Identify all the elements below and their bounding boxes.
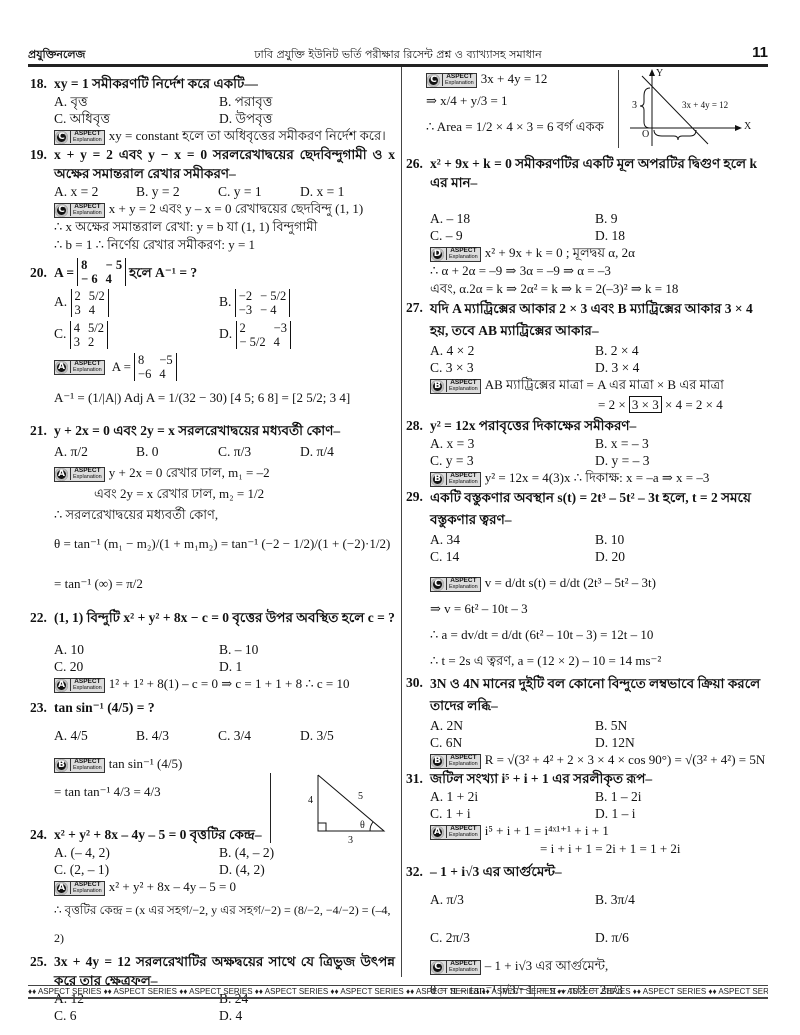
question-20: 20. A = 8− 5− 64 হলে A⁻¹ = ? A. 25/234 B… [30, 258, 395, 407]
option-b: B. (4, – 2) [219, 844, 384, 861]
option-c: C. 6 [54, 1007, 219, 1024]
option-c: C. 20 [54, 658, 219, 675]
right-triangle-icon [270, 773, 400, 843]
answer-badge: CASPECTExplanation [54, 203, 105, 218]
question-23: 23.tan sin⁻¹ (4/5) = ? A. 4/5 B. 4/3 C. … [30, 695, 395, 821]
option-d: D. π/6 [595, 919, 760, 957]
question-number: 18. [30, 74, 54, 93]
question-text: – 1 + i√3 এর আর্গুমেন্ট– [430, 862, 768, 881]
answer-badge: AASPECTExplanation [54, 881, 105, 896]
option-a: A. 1 + 2i [430, 788, 595, 805]
answer-badge: AASPECTExplanation [54, 360, 105, 375]
option-d: D. 4 [219, 1007, 384, 1024]
option-d: D. (4, 2) [219, 861, 384, 878]
option-c: C. 2π/3 [430, 919, 595, 957]
option-d: D. উপবৃত্ত [219, 110, 384, 127]
footer-series-banner: ♦♦ ASPECT SERIES ♦♦ ASPECT SERIES ♦♦ ASP… [28, 985, 768, 999]
answer-badge: CASPECTExplanation [430, 577, 481, 592]
option-a: A. বৃত্ত [54, 93, 219, 110]
question-text: y + 2x = 0 এবং 2y = x সরলরেখাদ্বয়ের মধ্… [54, 421, 395, 440]
question-24: 24.x² + y² + 8x – 4y – 5 = 0 বৃত্তটির কে… [30, 825, 395, 952]
explanation: BASPECTExplanationy² = 12x = 4(3)x ∴ দিক… [430, 469, 768, 487]
page-header: প্রযুক্তিনলেজ ঢাবি প্রযুক্তি ইউনিট ভর্তি… [28, 46, 768, 66]
question-26: 26.x² + 9x + k = 0 সমীকরণটির একটি মূল অপ… [406, 154, 768, 298]
option-b: B. 0 [136, 440, 218, 464]
question-text: x² + 9x + k = 0 সমীকরণটির একটি মূল অপরটি… [430, 154, 768, 192]
option-a: A. 4 × 2 [430, 342, 595, 359]
option-c: C. – 9 [430, 227, 595, 244]
option-c: C. 6N [430, 734, 595, 751]
explanation: AASPECTExplanationA =8−5−64 A⁻¹ = (1/|A|… [54, 353, 395, 407]
explanation: AASPECTExplanationx² + y² + 8x – 4y – 5 … [54, 878, 395, 952]
option-b: B. পরাবৃত্ত [219, 93, 384, 110]
explanation: AASPECTExplanation1² + 1² + 8(1) – c = 0… [54, 675, 395, 693]
page-title: ঢাবি প্রযুক্তি ইউনিট ভর্তি পরীক্ষার রিসে… [28, 46, 768, 65]
option-c: C. 45/232 [54, 321, 219, 349]
option-d: D. 3/5 [300, 721, 382, 751]
option-a: A. 2N [430, 717, 595, 734]
matrix-a: 8− 5− 64 [77, 258, 126, 286]
option-c: C. 14 [430, 548, 595, 565]
option-a: A. 34 [430, 531, 595, 548]
answer-badge: BASPECTExplanation [430, 754, 481, 769]
boxed-term: 3 × 3 [629, 396, 662, 413]
option-b: B. x = – 3 [595, 435, 760, 452]
option-d: D. 2−3− 5/24 [219, 321, 384, 349]
option-a: A. x = 2 [54, 183, 136, 200]
question-25-explanation: CASPECTExplanation3x + 4y = 12 ⇒ x/4 + y… [406, 70, 768, 152]
option-a: A. 10 [54, 641, 219, 658]
option-d: D. y = – 3 [595, 452, 760, 469]
question-22: 22.(1, 1) বিন্দুটি x² + y² + 8x − c = 0 … [30, 608, 395, 693]
question-text: y² = 12x পরাবৃত্তের দিকাক্ষের সমীকরণ– [430, 416, 768, 435]
explanation: BASPECTExplanationR = √(3² + 4² + 2 × 3 … [430, 751, 768, 769]
option-c: C. 3 × 3 [430, 359, 595, 376]
option-b: B. 4/3 [136, 721, 218, 751]
answer-badge: AASPECTExplanation [54, 678, 105, 693]
explanation: CASPECTExplanationx + y = 2 এবং y – x = … [54, 200, 395, 254]
triangle-figure: 4 3 5 θ [270, 773, 400, 843]
explanation: CASPECTExplanationv = d/dt s(t) = d/dt (… [430, 569, 768, 673]
question-32: 32.– 1 + i√3 এর আর্গুমেন্ট– A. π/3 B. 3π… [406, 862, 768, 1005]
option-c: C. y = 3 [430, 452, 595, 469]
option-b: B. 1 – 2i [595, 788, 760, 805]
question-text: tan sin⁻¹ (4/5) = ? [54, 695, 395, 721]
option-a: A. 25/234 [54, 289, 219, 317]
question-text: একটি বস্তুকণার অবস্থান s(t) = 2t³ – 5t² … [430, 487, 768, 531]
option-a: A. – 18 [430, 210, 595, 227]
option-a: A. x = 3 [430, 435, 595, 452]
option-d: D. 1 – i [595, 805, 760, 822]
explanation: AASPECTExplanationi⁵ + i + 1 = i⁴ˣ¹⁺¹ + … [430, 822, 768, 858]
option-d: D. 1 [219, 658, 384, 675]
explanation: CASPECTExplanationxy = constant হলে তা অ… [54, 127, 395, 145]
answer-badge: CASPECTExplanation [430, 960, 481, 975]
option-b: B. y = 2 [136, 183, 218, 200]
question-text: x + y = 2 এবং y − x = 0 সরলরেখাদ্বয়ের ছ… [54, 145, 395, 183]
option-b: B. 5N [595, 717, 760, 734]
question-18: 18.xy = 1 সমীকরণটি নির্দেশ করে একটি— A. … [30, 74, 395, 145]
question-30: 30.3N ও 4N মানের দুইটি বল কোনো বিন্দুতে … [406, 673, 768, 769]
option-a: A. π/3 [430, 881, 595, 919]
answer-badge: BASPECTExplanation [430, 379, 481, 394]
option-a: A. π/2 [54, 440, 136, 464]
answer-badge: BASPECTExplanation [54, 758, 105, 773]
answer-badge: AASPECTExplanation [54, 467, 105, 482]
option-d: D. 3 × 4 [595, 359, 760, 376]
answer-letter: C [55, 131, 68, 144]
option-b: B. – 10 [219, 641, 384, 658]
left-column: 18.xy = 1 সমীকরণটি নির্দেশ করে একটি— A. … [30, 70, 395, 1024]
question-28: 28.y² = 12x পরাবৃত্তের দিকাক্ষের সমীকরণ–… [406, 416, 768, 487]
question-text: জটিল সংখ্যা i⁵ + i + 1 এর সরলীকৃত রূপ– [430, 769, 768, 788]
answer-badge: BASPECTExplanation [430, 472, 481, 487]
explanation: DASPECTExplanationx² + 9x + k = 0 ; মূলদ… [430, 244, 768, 298]
option-d: D. 20 [595, 548, 760, 565]
line-graph-figure: Y X O 3 3x + 4y = 12 [618, 66, 768, 150]
option-c: C. π/3 [218, 440, 300, 464]
question-text: 3N ও 4N মানের দুইটি বল কোনো বিন্দুতে লম্… [430, 673, 768, 717]
option-c: C. 3/4 [218, 721, 300, 751]
option-d: D. 18 [595, 227, 760, 244]
option-b: B. 9 [595, 210, 760, 227]
question-text: (1, 1) বিন্দুটি x² + y² + 8x − c = 0 বৃত… [54, 608, 395, 627]
option-b: B. 10 [595, 531, 760, 548]
answer-badge: AASPECTExplanation [430, 825, 481, 840]
option-d: D. x = 1 [300, 183, 382, 200]
explanation: AASPECTExplanationy + 2x = 0 রেখার ঢাল, … [54, 464, 395, 604]
option-d: D. 12N [595, 734, 760, 751]
question-27: 27.যদি A ম্যাট্রিক্সের আকার 2 × 3 এবং B … [406, 298, 768, 416]
option-a: A. 4/5 [54, 721, 136, 751]
option-b: B. 2 × 4 [595, 342, 760, 359]
question-31: 31.জটিল সংখ্যা i⁵ + i + 1 এর সরলীকৃত রূপ… [406, 769, 768, 858]
question-text: xy = 1 সমীকরণটি নির্দেশ করে একটি— [54, 74, 395, 93]
option-c: C. 1 + i [430, 805, 595, 822]
option-a: A. (– 4, 2) [54, 844, 219, 861]
explanation: BASPECTExplanationAB ম্যাট্রিক্সের মাত্র… [430, 376, 768, 416]
question-29: 29.একটি বস্তুকণার অবস্থান s(t) = 2t³ – 5… [406, 487, 768, 673]
answer-badge: CASPECTExplanation [426, 73, 477, 88]
column-divider [401, 67, 402, 977]
option-c: C. অধিবৃত্ত [54, 110, 219, 127]
right-column: CASPECTExplanation3x + 4y = 12 ⇒ x/4 + y… [406, 70, 768, 1005]
option-b: B. 3π/4 [595, 881, 760, 919]
option-c: C. (2, – 1) [54, 861, 219, 878]
page-number: 11 [752, 44, 768, 61]
option-d: D. π/4 [300, 440, 382, 464]
question-21: 21.y + 2x = 0 এবং 2y = x সরলরেখাদ্বয়ের … [30, 421, 395, 604]
option-b: B. −2− 5/2−3− 4 [219, 289, 384, 317]
question-text: যদি A ম্যাট্রিক্সের আকার 2 × 3 এবং B ম্য… [430, 298, 768, 342]
question-19: 19.x + y = 2 এবং y − x = 0 সরলরেখাদ্বয়ে… [30, 145, 395, 254]
option-c: C. y = 1 [218, 183, 300, 200]
answer-badge: DASPECTExplanation [430, 247, 481, 262]
answer-badge: CASPECTExplanation [54, 130, 105, 145]
